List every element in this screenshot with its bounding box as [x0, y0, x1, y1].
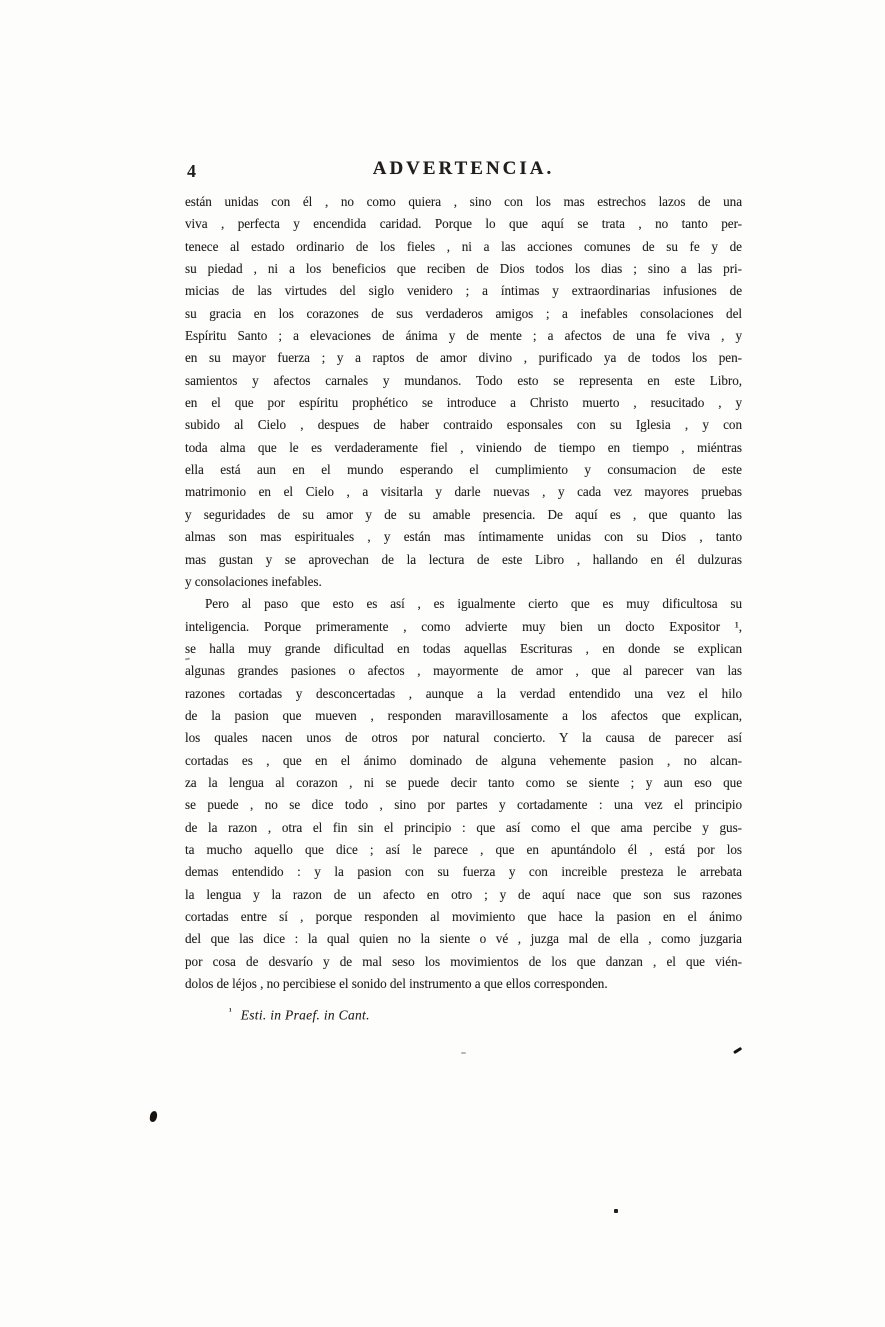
text-line: ta mucho aquello que dice ; así le parec…	[185, 839, 742, 861]
text-line: algunas grandes pasiones o afectos , may…	[185, 660, 742, 682]
text-line: toda alma que le es verdaderamente fiel …	[185, 437, 742, 459]
text-line: se puede , no se dice todo , sino por pa…	[185, 794, 742, 816]
text-line: y consolaciones inefables.	[185, 571, 742, 593]
text-line: almas son mas espirituales , y están mas…	[185, 526, 742, 548]
text-block: 4 ADVERTENCIA. están unidas con él , no …	[185, 158, 742, 1025]
ink-speck-dot	[614, 1209, 618, 1213]
text-line: dolos de léjos , no percibiese el sonido…	[185, 973, 742, 995]
text-line: en el que por espíritu prophético se int…	[185, 392, 742, 414]
text-line: están unidas con él , no como quiera , s…	[185, 191, 742, 213]
text-line: inteligencia. Porque primeramente , como…	[185, 616, 742, 638]
page-header: 4 ADVERTENCIA.	[185, 158, 742, 191]
text-line: samientos y afectos carnales y mundanos.…	[185, 370, 742, 392]
text-line: de la razon , otra el fin sin el princip…	[185, 817, 742, 839]
paragraph-1: están unidas con él , no como quiera , s…	[185, 191, 742, 593]
text-line: mas gustan y se aprovechan de la lectura…	[185, 549, 742, 571]
text-line: matrimonio en el Cielo , a visitarla y d…	[185, 481, 742, 503]
text-line: viva , perfecta y encendida caridad. Por…	[185, 213, 742, 235]
text-line: za la lengua al corazon , ni se puede de…	[185, 772, 742, 794]
body-text: están unidas con él , no como quiera , s…	[185, 191, 742, 995]
paragraph-2: Pero al paso que esto es así , es igualm…	[185, 593, 742, 995]
text-line: su gracia en los corazones de sus verdad…	[185, 303, 742, 325]
footnote-marker: ¹	[229, 1006, 232, 1016]
text-line: los quales nacen unos de otros por natur…	[185, 727, 742, 749]
text-line: del que las dice : la qual quien no la s…	[185, 928, 742, 950]
text-line: de la pasion que mueven , responden mara…	[185, 705, 742, 727]
text-line: Pero al paso que esto es así , es igualm…	[185, 593, 742, 615]
text-line: en su mayor fuerza ; y a raptos de amor …	[185, 347, 742, 369]
text-line: razones cortadas y desconcertadas , aunq…	[185, 683, 742, 705]
text-line: subido al Cielo , despues de haber contr…	[185, 414, 742, 436]
ink-speck-tick	[733, 1047, 742, 1054]
text-line: demas entendido : y la pasion con su fue…	[185, 861, 742, 883]
footnote: ¹Esti. in Praef. in Cant.	[185, 1002, 742, 1025]
text-line: por cosa de desvarío y de mal seso los m…	[185, 951, 742, 973]
book-page: 4 ADVERTENCIA. están unidas con él , no …	[0, 0, 885, 1327]
text-line: micias de las virtudes del siglo venider…	[185, 280, 742, 302]
text-line: la lengua y la razon de un afecto en otr…	[185, 884, 742, 906]
text-line: ella está aun en el mundo esperando el c…	[185, 459, 742, 481]
scanned-book-page: { "page": { "number": "4", "title": "ADV…	[0, 0, 885, 1327]
footnote-text: Esti. in Praef. in Cant.	[241, 1008, 370, 1023]
text-line: su piedad , ni a los beneficios que reci…	[185, 258, 742, 280]
text-line: cortadas es , que en el ánimo dominado d…	[185, 750, 742, 772]
page-title: ADVERTENCIA.	[185, 158, 742, 180]
text-line: se halla muy grande dificultad en todas …	[185, 638, 742, 660]
text-line: tenece al estado ordinario de los fieles…	[185, 236, 742, 258]
text-line: y seguridades de su amor y de su amable …	[185, 504, 742, 526]
ink-speck-blob	[149, 1111, 158, 1123]
text-line: Espíritu Santo ; a elevaciones de ánima …	[185, 325, 742, 347]
ink-speck-faint-dash	[461, 1052, 466, 1054]
text-line: cortadas entre sí , porque responden al …	[185, 906, 742, 928]
